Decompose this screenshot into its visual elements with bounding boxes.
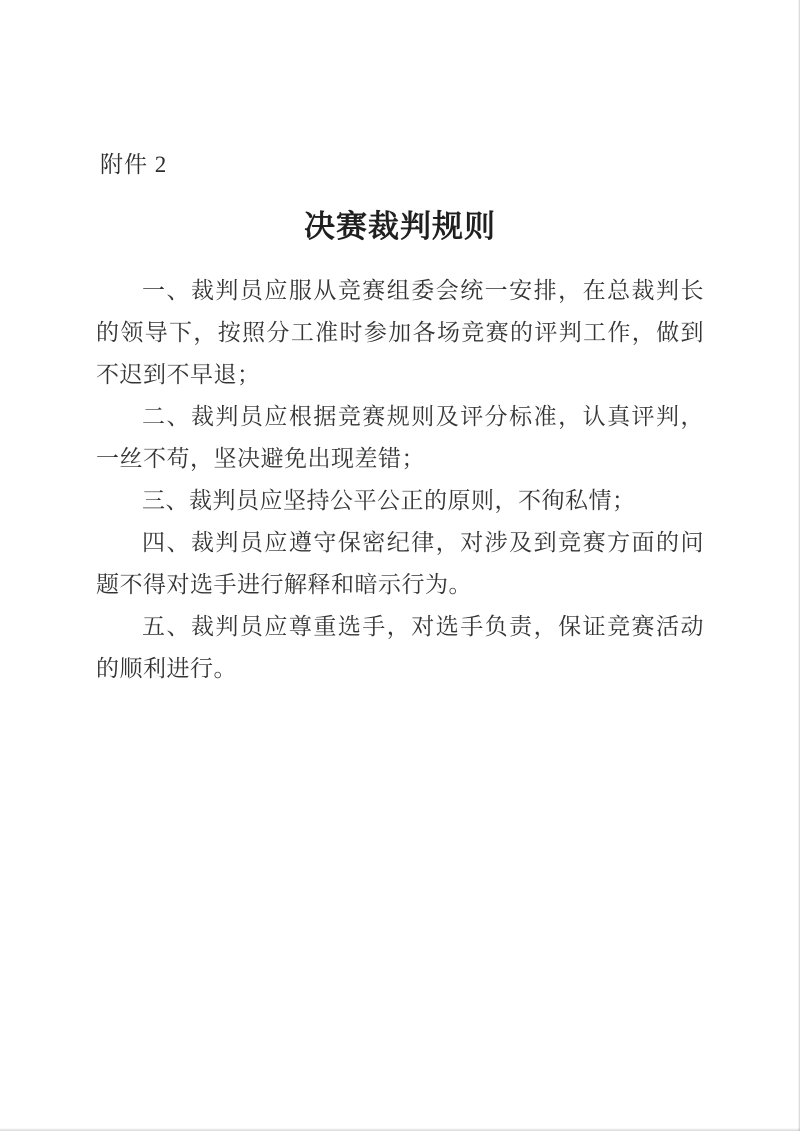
- document-page: 附件 2 决赛裁判规则 一、裁判员应服从竞赛组委会统一安排，在总裁判长的领导下，…: [0, 0, 800, 1131]
- document-title: 决赛裁判规则: [96, 201, 704, 246]
- body-paragraph-2: 二、裁判员应根据竞赛规则及评分标准，认真评判，一丝不苟，坚决避免出现差错；: [96, 396, 704, 480]
- body-paragraph-3: 三、裁判员应坚持公平公正的原则，不徇私情；: [96, 480, 704, 522]
- document-body: 一、裁判员应服从竞赛组委会统一安排，在总裁判长的领导下，按照分工准时参加各场竞赛…: [96, 270, 704, 690]
- body-paragraph-1: 一、裁判员应服从竞赛组委会统一安排，在总裁判长的领导下，按照分工准时参加各场竞赛…: [96, 270, 704, 396]
- body-paragraph-5: 五、裁判员应尊重选手，对选手负责，保证竞赛活动的顺利进行。: [96, 606, 704, 690]
- body-paragraph-4: 四、裁判员应遵守保密纪律，对涉及到竞赛方面的问题不得对选手进行解释和暗示行为。: [96, 522, 704, 606]
- attachment-label: 附件 2: [100, 146, 704, 179]
